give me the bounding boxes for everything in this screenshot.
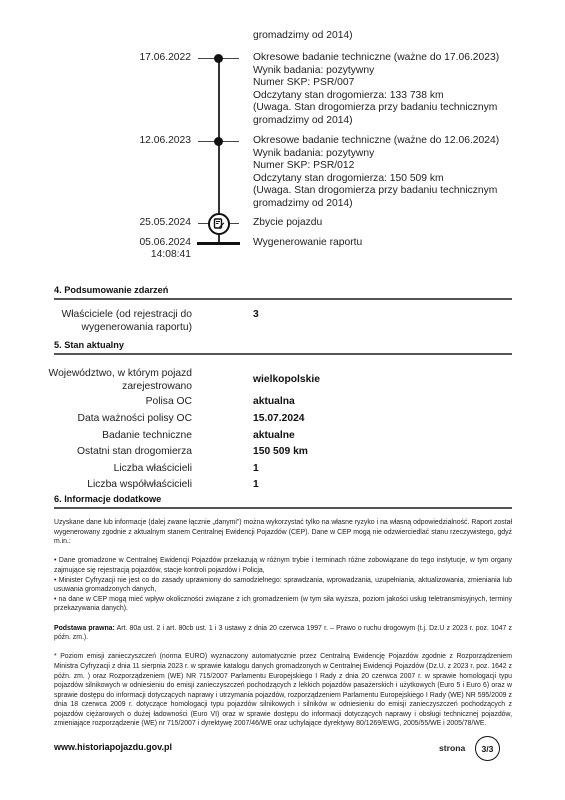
event-date: 25.05.2024 (139, 217, 191, 230)
event-date: 05.06.2024 (139, 237, 191, 250)
event-dot-icon (214, 54, 223, 63)
section-heading: 4. Podsumowanie zdarzeń (54, 285, 512, 300)
voivodeship-value: wielkopolskie (253, 374, 320, 387)
event-description: Zbycie pojazdu (253, 217, 322, 230)
status-label: Polisa OC (146, 396, 192, 409)
status-value: 150 509 km (253, 446, 308, 459)
disclaimer-intro: Uzyskane dane lub informacje (dalej zwan… (54, 518, 512, 547)
timeline-end-bar (197, 242, 240, 245)
event-description: Okresowe badanie techniczne (ważne do 12… (253, 135, 499, 210)
owners-value: 3 (253, 309, 259, 322)
status-value: aktualne (253, 430, 295, 443)
page-label: strona (439, 743, 465, 753)
event-timeline: gromadzimy od 2014) 17.06.2022 Okresowe … (0, 0, 565, 270)
additional-info: Uzyskane dane lub informacje (dalej zwan… (54, 518, 512, 739)
event-dot-icon (214, 137, 223, 146)
website-link[interactable]: www.historiapojazdu.gov.pl (54, 742, 172, 752)
document-sign-icon (208, 213, 230, 235)
voivodeship-label: Województwo, w którym pojazd zarejestrow… (49, 368, 192, 393)
status-label: Liczba współwłaścicieli (87, 479, 192, 492)
section-heading: 6. Informacje dodatkowe (54, 494, 512, 509)
event-description: Okresowe badanie techniczne (ważne do 17… (253, 52, 499, 127)
event-description: Wygenerowanie raportu (253, 237, 362, 250)
owners-label: Właściciele (od rejestracji do wygenerow… (62, 309, 192, 334)
disclaimer-bullets: • Dane gromadzone w Centralnej Ewidencji… (54, 556, 512, 614)
status-label: Ostatni stan drogomierza (77, 446, 192, 459)
status-value: 1 (253, 463, 259, 476)
status-label: Data ważności polisy OC (78, 413, 192, 426)
timeline-continuation-text: gromadzimy od 2014) (253, 30, 353, 43)
status-value: aktualna (253, 396, 295, 409)
emission-footnote: * Poziom emisji zanieczyszczeń (norma EU… (54, 652, 512, 729)
page-number-badge: 3/3 (475, 736, 500, 761)
event-date: 17.06.2022 (139, 52, 191, 65)
status-value: 1 (253, 479, 259, 492)
section-heading: 5. Stan aktualny (54, 340, 512, 355)
event-date: 12.06.2023 (139, 135, 191, 148)
status-value: 15.07.2024 (253, 413, 305, 426)
event-time: 14:08:41 (151, 249, 191, 262)
status-label: Badanie techniczne (102, 430, 192, 443)
status-label: Liczba właścicieli (114, 463, 192, 476)
legal-basis: Podstawa prawna: Art. 80a ust. 2 i art. … (54, 624, 512, 643)
